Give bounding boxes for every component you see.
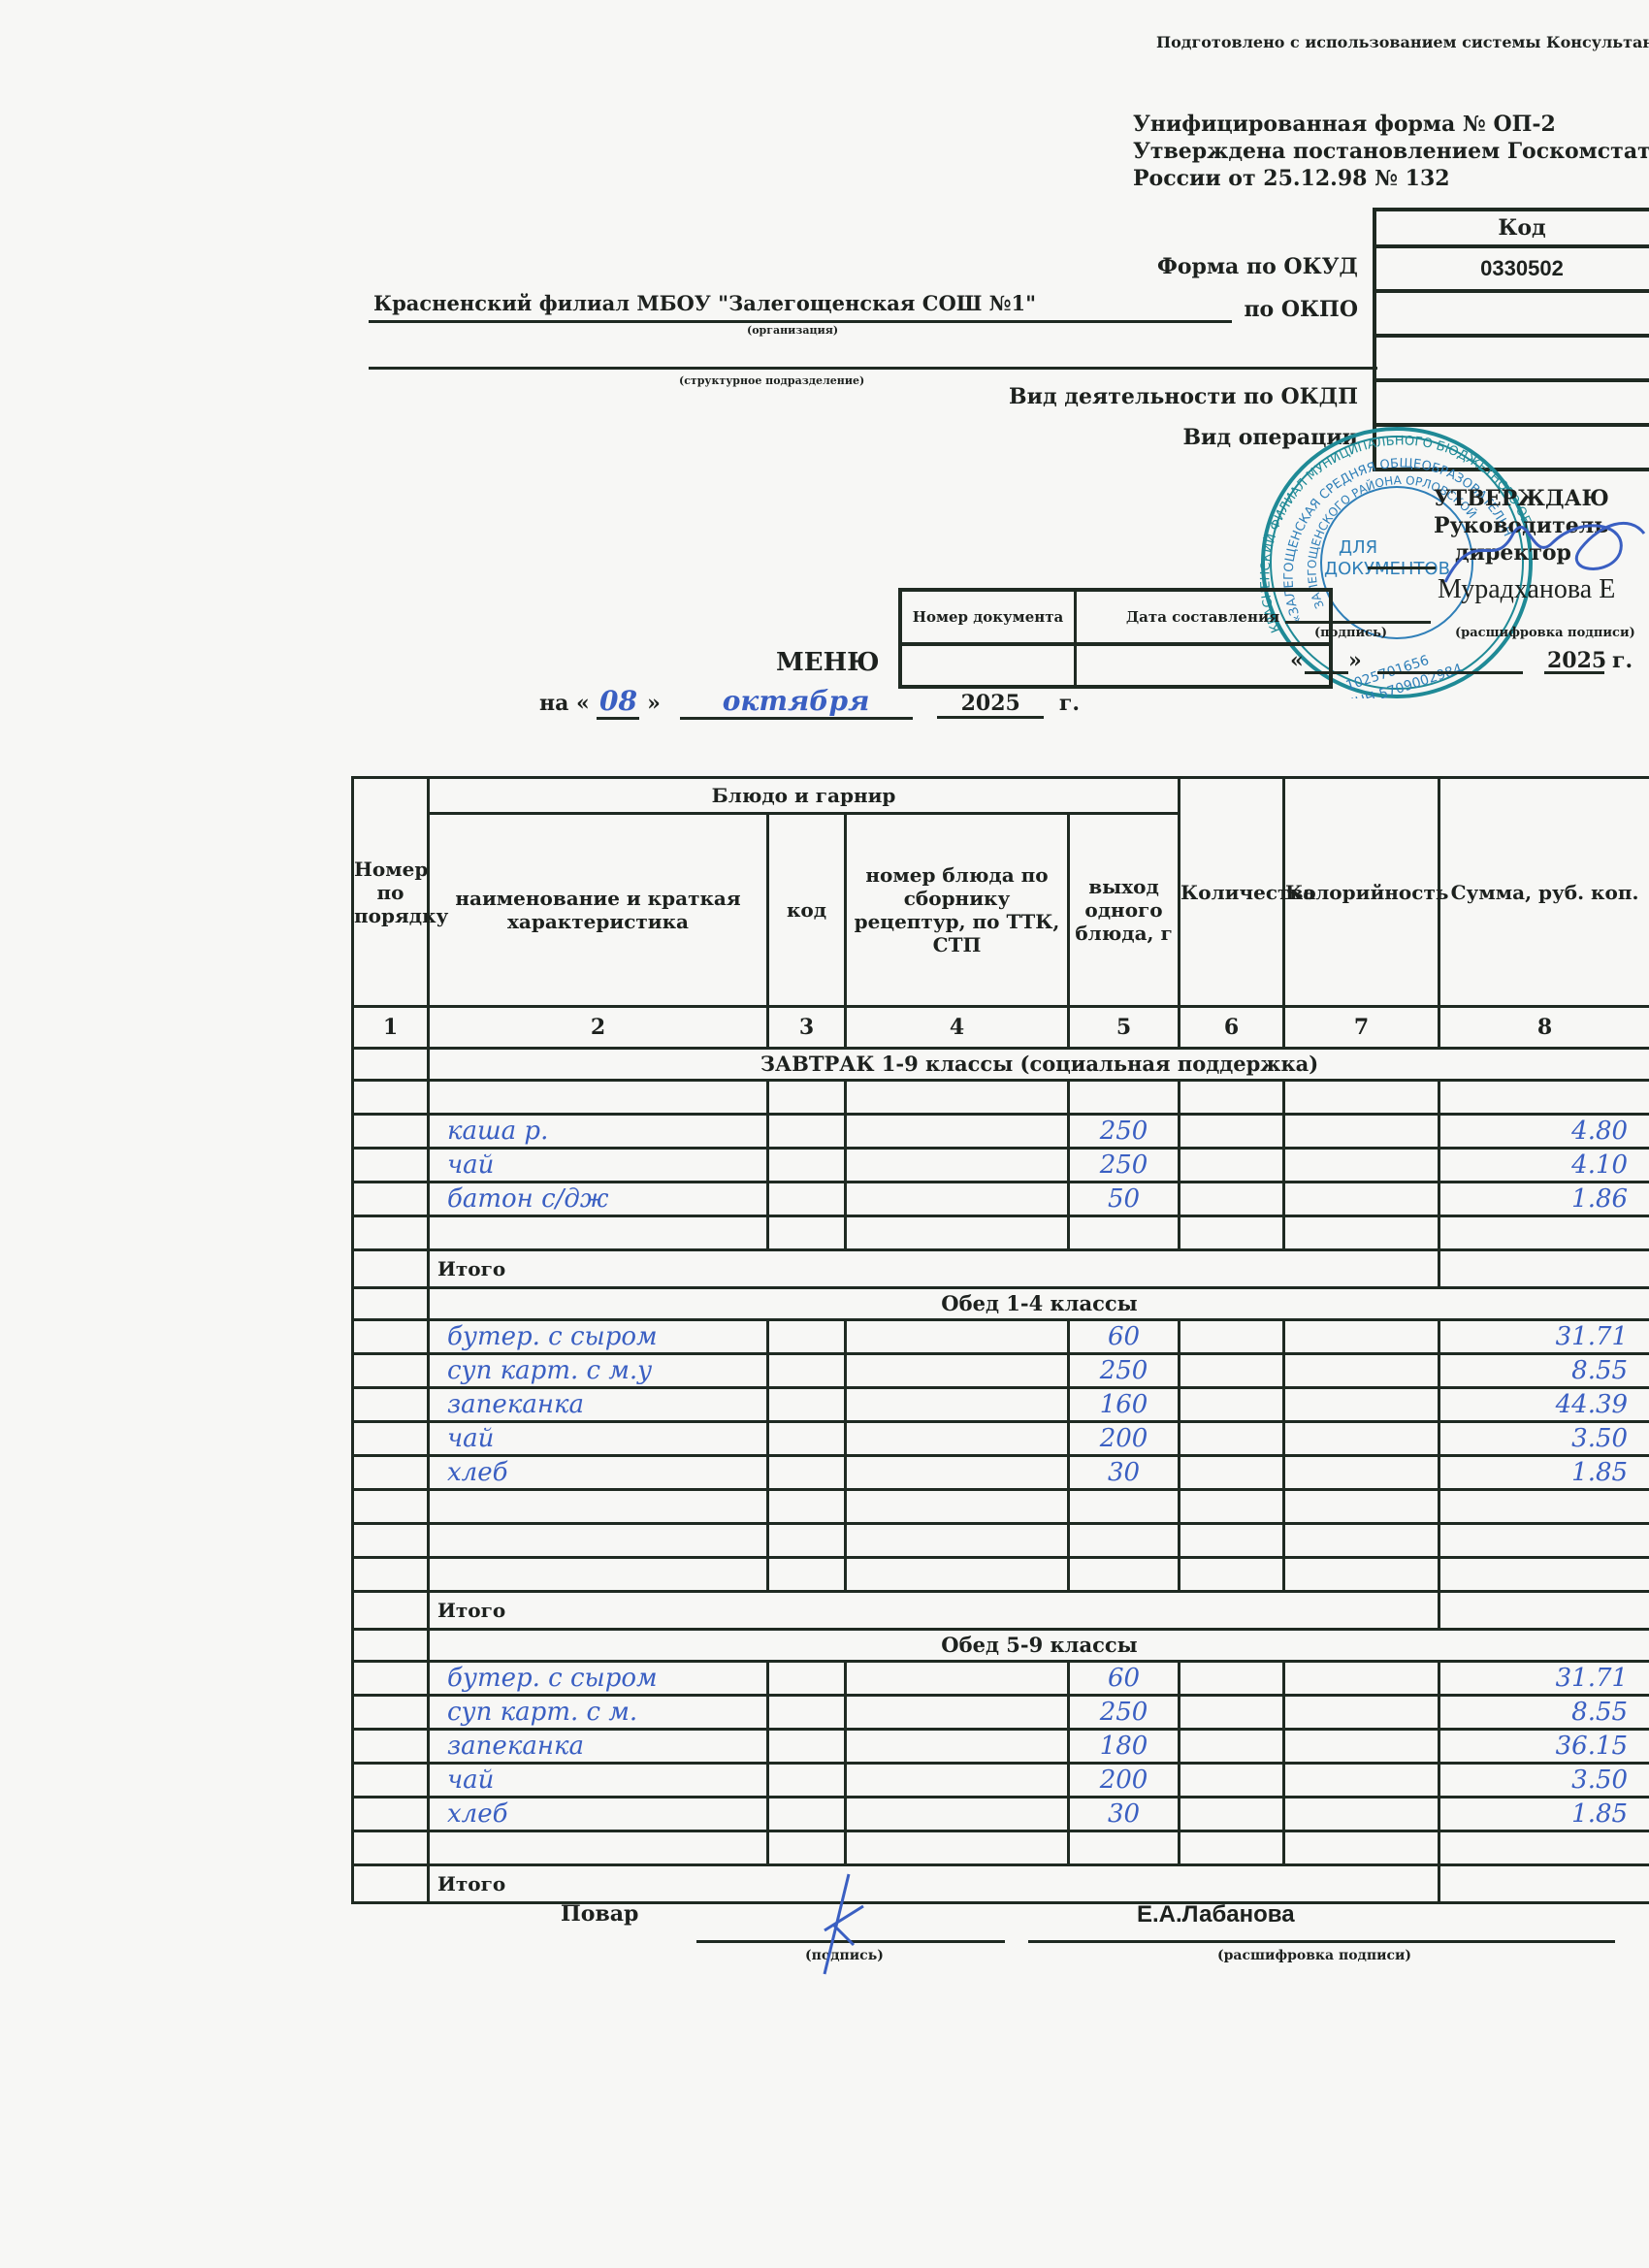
calories-cell[interactable] [1284, 1490, 1439, 1524]
quantity-cell[interactable] [1180, 1696, 1284, 1730]
decode-caption: (расшифровка подписи) [1455, 626, 1635, 640]
okpo-label: по ОКПО [1244, 297, 1358, 322]
yield-cell[interactable]: 50 [1069, 1183, 1180, 1216]
recipe-cell[interactable] [846, 1320, 1069, 1354]
recipe-cell[interactable] [846, 1524, 1069, 1558]
recipe-cell[interactable] [846, 1831, 1069, 1865]
total-num-cell [353, 1865, 429, 1903]
calories-cell[interactable] [1284, 1696, 1439, 1730]
dish-name-cell[interactable]: чай [429, 1422, 768, 1456]
calories-cell[interactable] [1284, 1764, 1439, 1798]
cook-signature-icon [795, 1872, 892, 1979]
document-info-box: Номер документа Дата составления [898, 588, 1333, 689]
dish-name-cell[interactable]: каша р. [429, 1115, 768, 1149]
sum-cell[interactable] [1439, 1216, 1649, 1250]
dish-name-cell[interactable] [429, 1216, 768, 1250]
dish-name-cell[interactable]: бутер. с сыром [429, 1320, 768, 1354]
sum-cell[interactable]: 1.85 [1439, 1798, 1649, 1831]
organization-caption: (организация) [747, 324, 838, 337]
quantity-cell[interactable] [1180, 1149, 1284, 1183]
table-row: бутер. с сыром6031.71 [353, 1662, 1649, 1696]
table-row: суп карт. с м.2508.55 [353, 1696, 1649, 1730]
recipe-cell[interactable] [846, 1456, 1069, 1490]
calories-cell[interactable] [1284, 1081, 1439, 1115]
section-header-row: Обед 5-9 классы [353, 1630, 1649, 1662]
calories-cell[interactable] [1284, 1422, 1439, 1456]
organization-name: Красненский филиал МБОУ "Залегощенская С… [373, 291, 1036, 315]
code-cell[interactable] [768, 1524, 846, 1558]
quantity-cell[interactable] [1180, 1490, 1284, 1524]
dish-name-cell[interactable]: батон с/дж [429, 1183, 768, 1216]
recipe-cell[interactable] [846, 1216, 1069, 1250]
code-cell[interactable] [768, 1422, 846, 1456]
quantity-cell[interactable] [1180, 1388, 1284, 1422]
recipe-cell[interactable] [846, 1696, 1069, 1730]
quantity-cell[interactable] [1180, 1730, 1284, 1764]
menu-table: Номер по порядку Блюдо и гарнир Количест… [351, 776, 1649, 1904]
section-header-row: Обед 1-4 классы [353, 1288, 1649, 1320]
col-header-recipe: номер блюда по сборнику рецептур, по ТТК… [846, 814, 1069, 1007]
group-header-dish: Блюдо и гарнир [429, 778, 1180, 814]
col-num: 3 [768, 1007, 846, 1049]
section-title: ЗАВТРАК 1-9 классы (социальная поддержка… [429, 1049, 1649, 1081]
sum-cell[interactable]: 36.15 [1439, 1730, 1649, 1764]
total-row: Итого [353, 1865, 1649, 1903]
col-num: 5 [1069, 1007, 1180, 1049]
row-number-cell[interactable] [353, 1798, 429, 1831]
table-row [353, 1524, 1649, 1558]
code-cell[interactable] [768, 1081, 846, 1115]
dish-name-cell[interactable]: запеканка [429, 1388, 768, 1422]
document-number-field[interactable] [902, 646, 1077, 685]
code-cell[interactable] [768, 1115, 846, 1149]
code-cell[interactable] [768, 1354, 846, 1388]
calories-cell[interactable] [1284, 1115, 1439, 1149]
yield-cell[interactable]: 160 [1069, 1388, 1180, 1422]
col-header-code: код [768, 814, 846, 1007]
recipe-cell[interactable] [846, 1115, 1069, 1149]
menu-year-suffix: г. [1059, 691, 1080, 716]
cook-decode-line [1028, 1940, 1615, 1943]
code-cell[interactable] [768, 1456, 846, 1490]
total-label: Итого [429, 1592, 1439, 1630]
dish-name-cell[interactable] [429, 1490, 768, 1524]
menu-table-body: ЗАВТРАК 1-9 классы (социальная поддержка… [353, 1049, 1649, 1903]
total-sum-cell[interactable] [1439, 1865, 1649, 1903]
total-sum-cell[interactable] [1439, 1592, 1649, 1630]
row-number-cell[interactable] [353, 1149, 429, 1183]
dish-name-cell[interactable]: чай [429, 1764, 768, 1798]
total-label: Итого [429, 1865, 1439, 1903]
row-number-cell[interactable] [353, 1490, 429, 1524]
calories-cell[interactable] [1284, 1216, 1439, 1250]
table-row: чай2003.50 [353, 1422, 1649, 1456]
code-header: Код [1376, 211, 1649, 248]
code-cell[interactable] [768, 1216, 846, 1250]
calories-cell[interactable] [1284, 1798, 1439, 1831]
section-num-cell [353, 1049, 429, 1081]
calories-cell[interactable] [1284, 1662, 1439, 1696]
quantity-cell[interactable] [1180, 1183, 1284, 1216]
quantity-cell[interactable] [1180, 1456, 1284, 1490]
approved-by-line2: России от 25.12.98 № 132 [1133, 165, 1649, 192]
recipe-cell[interactable] [846, 1422, 1069, 1456]
document-number-header: Номер документа [902, 592, 1077, 646]
sum-cell[interactable]: 4.10 [1439, 1149, 1649, 1183]
dish-name-cell[interactable]: суп карт. с м. [429, 1696, 768, 1730]
cook-name: Е.А.Лабанова [1137, 1901, 1295, 1928]
row-number-cell[interactable] [353, 1354, 429, 1388]
table-row [353, 1831, 1649, 1865]
total-row: Итого [353, 1250, 1649, 1288]
yield-cell[interactable]: 60 [1069, 1662, 1180, 1696]
approval-month-line [1377, 671, 1523, 674]
sum-cell[interactable]: 3.50 [1439, 1764, 1649, 1798]
calories-cell[interactable] [1284, 1320, 1439, 1354]
section-header-row: ЗАВТРАК 1-9 классы (социальная поддержка… [353, 1049, 1649, 1081]
yield-cell[interactable]: 30 [1069, 1798, 1180, 1831]
row-number-cell[interactable] [353, 1081, 429, 1115]
yield-cell[interactable]: 200 [1069, 1764, 1180, 1798]
calories-cell[interactable] [1284, 1730, 1439, 1764]
recipe-cell[interactable] [846, 1388, 1069, 1422]
row-number-cell[interactable] [353, 1320, 429, 1354]
section-title: Обед 1-4 классы [429, 1288, 1649, 1320]
okud-label: Форма по ОКУД [1157, 254, 1358, 279]
table-row [353, 1216, 1649, 1250]
approval-year: 2025 [1547, 648, 1606, 673]
calories-cell[interactable] [1284, 1524, 1439, 1558]
quantity-cell[interactable] [1180, 1115, 1284, 1149]
yield-cell[interactable]: 250 [1069, 1115, 1180, 1149]
sum-cell[interactable]: 3.50 [1439, 1422, 1649, 1456]
sum-cell[interactable]: 8.55 [1439, 1696, 1649, 1730]
approval-year-suffix: г. [1612, 648, 1633, 673]
dish-name-cell[interactable] [429, 1524, 768, 1558]
calories-cell[interactable] [1284, 1558, 1439, 1592]
quantity-cell[interactable] [1180, 1764, 1284, 1798]
col-num: 7 [1284, 1007, 1439, 1049]
row-number-cell[interactable] [353, 1422, 429, 1456]
row-number-cell[interactable] [353, 1558, 429, 1592]
table-row [353, 1081, 1649, 1115]
dish-name-cell[interactable] [429, 1558, 768, 1592]
menu-year[interactable]: 2025 [937, 691, 1044, 719]
dish-name-cell[interactable] [429, 1831, 768, 1865]
sum-cell[interactable] [1439, 1524, 1649, 1558]
table-row: батон с/дж501.86 [353, 1183, 1649, 1216]
recipe-cell[interactable] [846, 1558, 1069, 1592]
sum-cell[interactable] [1439, 1081, 1649, 1115]
division-underline [369, 367, 1377, 370]
recipe-cell[interactable] [846, 1490, 1069, 1524]
approval-date-close: » [1348, 648, 1362, 673]
okud-code-field[interactable]: 0330502 [1376, 248, 1649, 293]
row-number-cell[interactable] [353, 1764, 429, 1798]
code-cell[interactable] [768, 1320, 846, 1354]
sum-cell[interactable]: 1.86 [1439, 1183, 1649, 1216]
code-cell[interactable] [768, 1730, 846, 1764]
quantity-cell[interactable] [1180, 1524, 1284, 1558]
row-number-cell[interactable] [353, 1524, 429, 1558]
col-header-yield: выход одного блюда, г [1069, 814, 1180, 1007]
recipe-cell[interactable] [846, 1730, 1069, 1764]
quantity-cell[interactable] [1180, 1662, 1284, 1696]
calories-cell[interactable] [1284, 1456, 1439, 1490]
sum-cell[interactable] [1439, 1490, 1649, 1524]
sum-cell[interactable] [1439, 1558, 1649, 1592]
quantity-cell[interactable] [1180, 1216, 1284, 1250]
col-header-name: наименование и краткая характеристика [429, 814, 768, 1007]
quantity-cell[interactable] [1180, 1081, 1284, 1115]
yield-cell[interactable] [1069, 1524, 1180, 1558]
code-cell[interactable] [768, 1662, 846, 1696]
total-num-cell [353, 1592, 429, 1630]
menu-month[interactable]: октября [680, 685, 913, 720]
code-cell[interactable] [768, 1388, 846, 1422]
recipe-cell[interactable] [846, 1081, 1069, 1115]
row-number-cell[interactable] [353, 1662, 429, 1696]
col-num: 2 [429, 1007, 768, 1049]
organization-underline [369, 320, 1232, 323]
code-cell[interactable] [768, 1696, 846, 1730]
blank-code-field[interactable] [1376, 338, 1649, 382]
code-cell[interactable] [768, 1149, 846, 1183]
total-sum-cell[interactable] [1439, 1250, 1649, 1288]
row-number-cell[interactable] [353, 1696, 429, 1730]
table-row [353, 1490, 1649, 1524]
table-row: бутер. с сыром6031.71 [353, 1320, 1649, 1354]
section-num-cell [353, 1288, 429, 1320]
table-row: хлеб301.85 [353, 1798, 1649, 1831]
menu-day[interactable]: 08 [597, 685, 639, 720]
dish-name-cell[interactable]: чай [429, 1149, 768, 1183]
consultant-note: Подготовлено с использованием системы Ко… [1156, 33, 1649, 51]
menu-date-prefix: на « [539, 691, 590, 716]
sum-cell[interactable]: 31.71 [1439, 1662, 1649, 1696]
sum-cell[interactable] [1439, 1831, 1649, 1865]
cook-decode-caption: (расшифровка подписи) [1217, 1948, 1411, 1963]
form-title: Унифицированная форма № ОП-2 [1133, 111, 1649, 138]
yield-cell[interactable]: 250 [1069, 1149, 1180, 1183]
row-number-cell[interactable] [353, 1730, 429, 1764]
calories-cell[interactable] [1284, 1831, 1439, 1865]
division-caption: (структурное подразделение) [679, 374, 864, 387]
document-date-header: Дата составления [1077, 592, 1329, 646]
table-row [353, 1558, 1649, 1592]
yield-cell[interactable] [1069, 1490, 1180, 1524]
quantity-cell[interactable] [1180, 1558, 1284, 1592]
table-row: чай2504.10 [353, 1149, 1649, 1183]
calories-cell[interactable] [1284, 1183, 1439, 1216]
sum-cell[interactable]: 4.80 [1439, 1115, 1649, 1149]
col-num: 6 [1180, 1007, 1284, 1049]
calories-cell[interactable] [1284, 1354, 1439, 1388]
row-number-cell[interactable] [353, 1456, 429, 1490]
recipe-cell[interactable] [846, 1798, 1069, 1831]
recipe-cell[interactable] [846, 1764, 1069, 1798]
quantity-cell[interactable] [1180, 1354, 1284, 1388]
row-number-cell[interactable] [353, 1183, 429, 1216]
row-number-cell[interactable] [353, 1831, 429, 1865]
row-number-cell[interactable] [353, 1115, 429, 1149]
table-row: суп карт. с м.у2508.55 [353, 1354, 1649, 1388]
quantity-cell[interactable] [1180, 1320, 1284, 1354]
yield-cell[interactable]: 250 [1069, 1696, 1180, 1730]
dish-name-cell[interactable] [429, 1081, 768, 1115]
sum-cell[interactable]: 1.85 [1439, 1456, 1649, 1490]
yield-cell[interactable] [1069, 1081, 1180, 1115]
menu-title: МЕНЮ [776, 648, 880, 677]
table-row: каша р.2504.80 [353, 1115, 1649, 1149]
code-cell[interactable] [768, 1490, 846, 1524]
menu-date-mid: » [647, 691, 661, 716]
yield-cell[interactable] [1069, 1216, 1180, 1250]
yield-cell[interactable]: 180 [1069, 1730, 1180, 1764]
menu-date: на « 08 » октября 2025 г. [539, 685, 1080, 720]
col-num: 4 [846, 1007, 1069, 1049]
row-number-cell[interactable] [353, 1388, 429, 1422]
director-signature-icon [1436, 504, 1649, 592]
document-date-field[interactable] [1077, 646, 1329, 685]
section-num-cell [353, 1630, 429, 1662]
quantity-cell[interactable] [1180, 1831, 1284, 1865]
recipe-cell[interactable] [846, 1354, 1069, 1388]
col-num: 8 [1439, 1007, 1649, 1049]
yield-cell[interactable]: 30 [1069, 1456, 1180, 1490]
column-numbers-row: 1 2 3 4 5 6 7 8 [353, 1007, 1649, 1049]
calories-cell[interactable] [1284, 1388, 1439, 1422]
table-row: запеканка18036.15 [353, 1730, 1649, 1764]
col-header-number: Номер по порядку [353, 778, 429, 1007]
total-num-cell [353, 1250, 429, 1288]
section-title: Обед 5-9 классы [429, 1630, 1649, 1662]
code-cell[interactable] [768, 1764, 846, 1798]
table-row: запеканка16044.39 [353, 1388, 1649, 1422]
yield-cell[interactable]: 200 [1069, 1422, 1180, 1456]
dish-name-cell[interactable]: бутер. с сыром [429, 1662, 768, 1696]
row-number-cell[interactable] [353, 1216, 429, 1250]
sum-cell[interactable]: 44.39 [1439, 1388, 1649, 1422]
recipe-cell[interactable] [846, 1183, 1069, 1216]
code-cell[interactable] [768, 1183, 846, 1216]
approval-year-line [1544, 671, 1604, 674]
recipe-cell[interactable] [846, 1149, 1069, 1183]
cook-label: Повар [561, 1901, 638, 1927]
col-header-calories: Калорийность [1284, 778, 1439, 1007]
yield-cell[interactable]: 60 [1069, 1320, 1180, 1354]
col-header-quantity: Количество [1180, 778, 1284, 1007]
svg-text:ДЛЯ: ДЛЯ [1339, 537, 1377, 558]
recipe-cell[interactable] [846, 1662, 1069, 1696]
total-label: Итого [429, 1250, 1439, 1288]
quantity-cell[interactable] [1180, 1422, 1284, 1456]
form-header: Унифицированная форма № ОП-2 Утверждена … [1133, 111, 1649, 192]
approved-by-line1: Утверждена постановлением Госкомстата [1133, 138, 1649, 165]
col-header-sum: Сумма, руб. коп. [1439, 778, 1649, 1007]
dish-name-cell[interactable]: хлеб [429, 1798, 768, 1831]
calories-cell[interactable] [1284, 1149, 1439, 1183]
approval-sign-line [1368, 567, 1436, 569]
code-cell[interactable] [768, 1831, 846, 1865]
sum-cell[interactable]: 8.55 [1439, 1354, 1649, 1388]
okdp-label: Вид деятельности по ОКДП [1009, 384, 1358, 409]
code-cell[interactable] [768, 1558, 846, 1592]
total-row: Итого [353, 1592, 1649, 1630]
quantity-cell[interactable] [1180, 1798, 1284, 1831]
dish-name-cell[interactable]: суп карт. с м.у [429, 1354, 768, 1388]
dish-name-cell[interactable]: хлеб [429, 1456, 768, 1490]
yield-cell[interactable]: 250 [1069, 1354, 1180, 1388]
sum-cell[interactable]: 31.71 [1439, 1320, 1649, 1354]
code-cell[interactable] [768, 1798, 846, 1831]
table-row: чай2003.50 [353, 1764, 1649, 1798]
table-row: хлеб301.85 [353, 1456, 1649, 1490]
dish-name-cell[interactable]: запеканка [429, 1730, 768, 1764]
okpo-code-field[interactable] [1376, 293, 1649, 338]
yield-cell[interactable] [1069, 1558, 1180, 1592]
col-num: 1 [353, 1007, 429, 1049]
yield-cell[interactable] [1069, 1831, 1180, 1865]
